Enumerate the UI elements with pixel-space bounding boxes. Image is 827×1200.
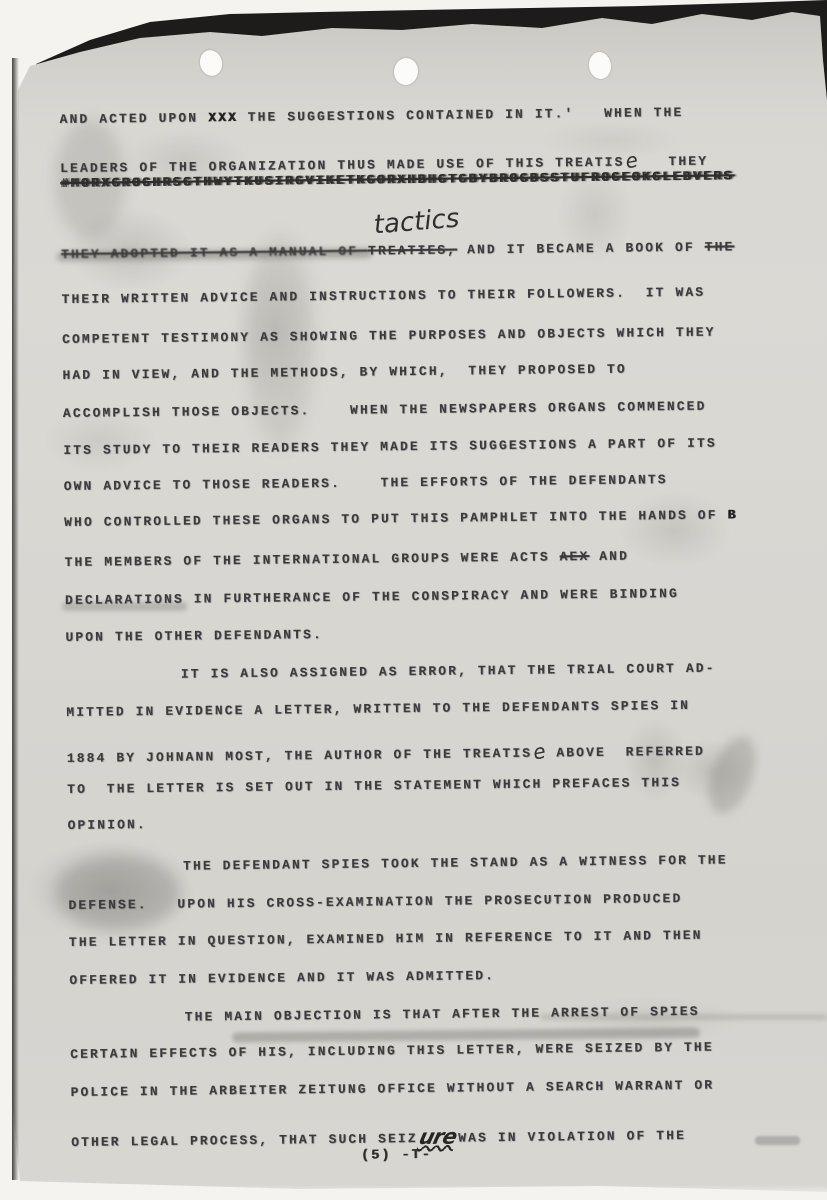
typewritten-text: DECLARATIONS IN FURTHERANCE OF THE CONSP… [65, 586, 679, 608]
text-line: OTHER LEGAL PROCESS, THAT SUCH SEIZureWA… [71, 1120, 686, 1151]
typewritten-text: OPINION. [67, 817, 146, 833]
typewritten-text: COMPETENT TESTIMONY AS SHOWING THE PURPO… [62, 325, 716, 347]
text-line: DECLARATIONS IN FURTHERANCE OF THE CONSP… [65, 586, 679, 608]
typewritten-text: CERTAIN EFFECTS OF HIS, INCLUDING THIS L… [70, 1040, 714, 1062]
text-line: THE MAIN OBJECTION IS THAT AFTER THE ARR… [70, 1004, 700, 1026]
typewritten-text: XXX [208, 110, 238, 125]
typewritten-text: B [727, 507, 737, 522]
typewritten-text: ACCOMPLISH THOSE OBJECTS. WHEN THE NEWSP… [63, 399, 707, 421]
text-line: ITS STUDY TO THEIR READERS THEY MADE ITS… [63, 436, 717, 458]
typewritten-text: THE SUGGESTIONS CONTAINED IN IT.' WHEN T… [238, 105, 684, 125]
typewritten-text: 1884 BY JOHNANN MOST, THE AUTHOR OF THE … [67, 746, 532, 766]
text-line: OFFERED IT IN EVIDENCE AND IT WAS ADMITT… [69, 968, 495, 988]
text-line: THE DEFENDANT SPIES TOOK THE STAND AS A … [68, 853, 728, 875]
typewritten-text: ABOVE REFERRED [546, 744, 705, 761]
typewritten-text: THEY [639, 154, 708, 170]
typewritten-text: THEIR WRITTEN ADVICE AND INSTRUCTIONS TO… [62, 285, 706, 307]
typewritten-text: DEFENSE. UPON HIS CROSS-EXAMINATION THE … [68, 891, 682, 913]
typewritten-text: THE MAIN OBJECTION IS THAT AFTER THE ARR… [185, 1004, 700, 1025]
typewritten-text: TREATIES,tactics [368, 243, 457, 259]
typewritten-text: THE MEMBERS OF THE INTERNATIONAL GROUPS … [64, 549, 559, 570]
typewritten-text: WAS IN VIOLATION OF THE [458, 1128, 686, 1146]
text-line: OWN ADVICE TO THOSE READERS. THE EFFORTS… [64, 472, 668, 494]
text-line: WHO CONTROLLED THESE ORGANS TO PUT THIS … [64, 507, 737, 530]
text-line: UPON THE OTHER DEFENDANTS. [65, 627, 323, 645]
text-layer: (5) -T- AND ACTED UPON XXX THE SUGGESTIO… [58, 0, 792, 1200]
typewritten-text: WHO CONTROLLED THESE ORGANS TO PUT THIS … [64, 507, 728, 530]
text-line: THE MEMBERS OF THE INTERNATIONAL GROUPS … [64, 549, 629, 570]
typewritten-text: OWN ADVICE TO THOSE READERS. THE EFFORTS… [64, 472, 668, 494]
typewritten-text: TO THE LETTER IS SET OUT IN THE STATEMEN… [67, 775, 681, 797]
text-line: DEFENSE. UPON HIS CROSS-EXAMINATION THE … [68, 891, 682, 913]
handwritten-correction: e [531, 739, 548, 765]
text-line: CERTAIN EFFECTS OF HIS, INCLUDING THIS L… [70, 1040, 714, 1062]
paper-left-edge-shadow [12, 58, 19, 1180]
typewritten-text: THEY ADOPTED IT AS A MANUAL OF [61, 244, 368, 262]
typewritten-text: THE DEFENDANT SPIES TOOK THE STAND AS A … [183, 853, 728, 874]
page-number: (5) -T- [321, 1147, 471, 1164]
typewritten-text: MITTED IN EVIDENCE A LETTER, WRITTEN TO … [66, 698, 690, 720]
handwritten-correction: ure [416, 1125, 458, 1149]
text-line: 1884 BY JOHNANN MOST, THE AUTHOR OF THE … [67, 736, 705, 767]
typewritten-text: AND [589, 549, 629, 564]
typewritten-text: UPON THE OTHER DEFENDANTS. [65, 627, 323, 645]
text-line: MITTED IN EVIDENCE A LETTER, WRITTEN TO … [66, 698, 690, 720]
typewritten-text: THE [705, 239, 735, 254]
text-line: ACCOMPLISH THOSE OBJECTS. WHEN THE NEWSP… [63, 399, 707, 421]
text-line: THEIR WRITTEN ADVICE AND INSTRUCTIONS TO… [62, 285, 706, 307]
typewritten-text: AEX [560, 549, 590, 564]
typewritten-text: AND ACTED UPON [59, 110, 208, 127]
text-line: THEY ADOPTED IT AS A MANUAL OF TREATIES,… [61, 239, 734, 262]
text-line: OPINION. [67, 817, 146, 833]
typewritten-text: HAD IN VIEW, AND THE METHODS, BY WHICH, … [62, 362, 627, 383]
typewritten-text: OFFERED IT IN EVIDENCE AND IT WAS ADMITT… [69, 968, 495, 988]
typewritten-text: ITS STUDY TO THEIR READERS THEY MADE ITS… [63, 436, 717, 458]
text-line: THE LETTER IN QUESTION, EXAMINED HIM IN … [69, 928, 703, 950]
text-line: IT IS ALSO ASSIGNED AS ERROR, THAT THE T… [66, 661, 716, 683]
handwritten-annotation: tactics [373, 204, 461, 241]
text-line: COMPETENT TESTIMONY AS SHOWING THE PURPO… [62, 325, 716, 347]
typewritten-text: POLICE IN THE ARBEITER ZEITUNG OFFICE WI… [71, 1078, 715, 1100]
text-line: POLICE IN THE ARBEITER ZEITUNG OFFICE WI… [71, 1078, 715, 1100]
typewritten-text: THE LETTER IN QUESTION, EXAMINED HIM IN … [69, 928, 703, 950]
typewritten-text: AND IT BECAME A BOOK OF [457, 240, 705, 258]
text-line: HAD IN VIEW, AND THE METHODS, BY WHICH, … [62, 362, 627, 383]
typewritten-text: IT IS ALSO ASSIGNED AS ERROR, THAT THE T… [181, 661, 716, 682]
scanned-page: (5) -T- AND ACTED UPON XXX THE SUGGESTIO… [0, 0, 827, 1200]
text-line: TO THE LETTER IS SET OUT IN THE STATEMEN… [67, 775, 681, 797]
text-line: AND ACTED UPON XXX THE SUGGESTIONS CONTA… [59, 105, 683, 127]
typewritten-text: OTHER LEGAL PROCESS, THAT SUCH SEIZ [71, 1131, 418, 1150]
